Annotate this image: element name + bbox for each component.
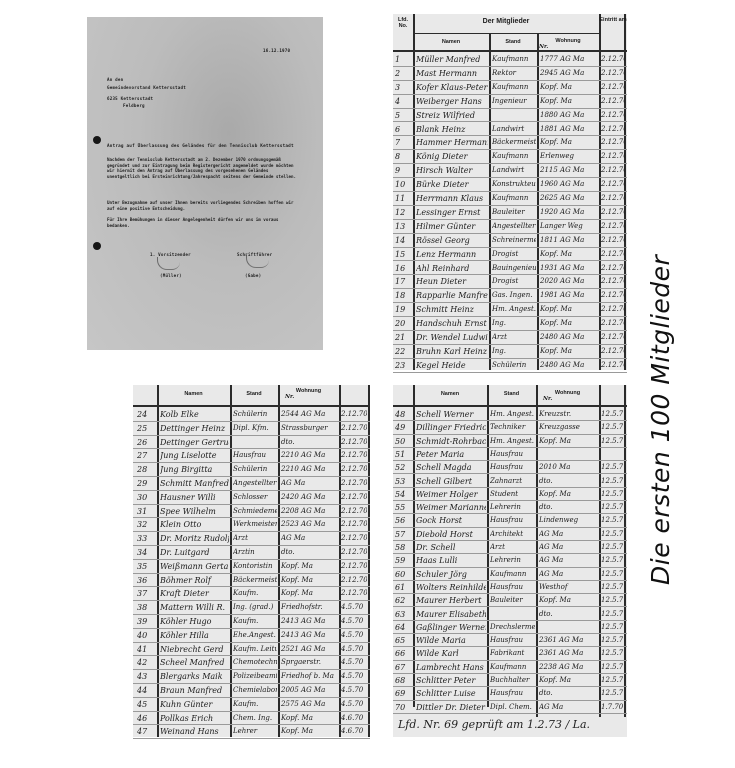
member-no: 30 — [137, 493, 156, 502]
member-date: 4.5.70 — [341, 603, 367, 611]
member-stand: Drechslermeister — [490, 623, 535, 631]
member-wohnung: Kreuzgasse — [539, 423, 598, 431]
member-row: 3Kofer Klaus-PeterKaufmannKopf. Ma2.12.7… — [393, 80, 627, 95]
member-stand: Kaufmann — [492, 194, 536, 202]
member-date: 2.12.70 — [601, 111, 625, 119]
member-row: 27Jung LiselotteHausfrau2210 AG Ma2.12.7… — [133, 448, 370, 463]
letter-recipient-line1: An den — [107, 77, 123, 82]
member-no: 8 — [395, 152, 413, 161]
member-date: 12.5.70 — [601, 610, 623, 618]
column-header-name: Namen — [413, 391, 487, 397]
member-date: 4.6.70 — [341, 727, 367, 735]
member-name: Weißmann Gerta — [160, 562, 229, 571]
member-row: 60Schuler JörgKaufmannAG Ma12.5.70 — [393, 567, 627, 581]
member-list-sheet-3: Namen Stand Wohnung Nr. 48Schell WernerH… — [393, 385, 627, 737]
member-date: 4.5.70 — [341, 631, 367, 639]
member-wohnung: AG Ma — [539, 556, 598, 564]
member-row: 55Weimer MarianneLehrerindto.12.5.70 — [393, 500, 627, 514]
member-name: Hilmer Günter — [416, 222, 488, 231]
member-no: 4 — [395, 97, 413, 106]
member-name: Schell Werner — [416, 410, 486, 419]
member-no: 21 — [395, 333, 413, 342]
member-name: Kofer Klaus-Peter — [416, 83, 488, 92]
member-no: 58 — [395, 543, 413, 552]
member-date: 12.5.70 — [601, 530, 623, 538]
member-stand: Dipl. Kfm. — [233, 424, 277, 432]
member-date: 2.12.70 — [601, 166, 625, 174]
member-date: 2.12.70 — [341, 410, 367, 418]
member-date: 12.5.70 — [601, 596, 623, 604]
member-date: 2.12.70 — [341, 548, 367, 556]
member-date: 12.5.70 — [601, 437, 623, 445]
member-row: 56Gock HorstHausfrauLindenweg12.5.70 — [393, 513, 627, 527]
member-wohnung: Kopf. Ma — [540, 347, 598, 355]
member-stand: Kaufm. — [233, 700, 277, 708]
member-date: 2.12.70 — [341, 438, 367, 446]
member-stand: Hausfrau — [490, 516, 535, 524]
member-row: 68Schlitter PeterBuchhalterKopf. Ma12.5.… — [393, 673, 627, 687]
member-name: Wilde Karl — [416, 649, 486, 658]
member-no: 24 — [137, 410, 156, 419]
member-wohnung: 2480 AG Ma — [540, 361, 598, 369]
member-name: Weimer Marianne — [416, 503, 486, 512]
member-row: 64Gaßlinger WernerDrechslermeister12.5.7… — [393, 620, 627, 634]
member-row: 37Kraft DieterKaufm.Kopf. Ma2.12.70 — [133, 586, 370, 601]
member-stand: Landwirt — [492, 166, 536, 174]
member-wohnung: 2575 AG Ma — [281, 700, 338, 708]
member-row: 66Wilde KarlFabrikant2361 AG Ma12.5.70 — [393, 646, 627, 660]
member-no: 54 — [395, 490, 413, 499]
member-row: 39Köhler HugoKaufm.2413 AG Ma4.5.70 — [133, 614, 370, 629]
member-row: 50Schmidt-RohrbachHm. Angest.Kopf. Ma12.… — [393, 434, 627, 448]
member-name: Blank Heinz — [416, 125, 488, 134]
member-stand: Werkmeister — [233, 520, 277, 528]
member-name: Köhler Hugo — [160, 617, 229, 626]
member-stand: Schülerin — [233, 410, 277, 418]
member-no: 17 — [395, 277, 413, 286]
member-row: 35Weißmann GertaKontoristinKopf. Ma2.12.… — [133, 559, 370, 574]
member-date: 12.5.70 — [601, 649, 623, 657]
member-row: 47Weinand HansLehrerKopf. Ma4.6.70 — [133, 724, 370, 739]
member-date: 4.5.70 — [341, 645, 367, 653]
member-no: 42 — [137, 658, 156, 667]
member-no: 62 — [395, 596, 413, 605]
member-no: 59 — [395, 556, 413, 565]
member-stand: Kaufmann — [490, 570, 535, 578]
member-row: 8König DieterKaufmannErlenweg2.12.70 — [393, 149, 627, 164]
member-date: 12.5.70 — [601, 490, 623, 498]
member-name: Kuhn Günter — [160, 700, 229, 709]
member-wohnung: Kopf. Ma — [281, 562, 338, 570]
member-date: 2.12.70 — [601, 55, 625, 63]
member-date: 2.12.70 — [601, 277, 625, 285]
member-no: 13 — [395, 222, 413, 231]
member-wohnung: 2420 AG Ma — [281, 493, 338, 501]
member-date: 4.5.70 — [341, 672, 367, 680]
member-row: 28Jung BirgittaSchülerin2210 AG Ma2.12.7… — [133, 462, 370, 477]
member-row: 46Pollkas ErichChem. Ing.Kopf. Ma4.6.70 — [133, 711, 370, 726]
member-stand: Drogist — [492, 250, 536, 258]
member-wohnung: 2361 AG Ma — [539, 636, 598, 644]
member-name: Peter Maria — [416, 450, 486, 459]
member-wohnung: Kopf. Ma — [540, 250, 598, 258]
member-stand: Zahnarzt — [490, 477, 535, 485]
member-wohnung: Kopf. Ma — [540, 319, 598, 327]
letter-body-paragraph-3: Für Ihre Bemühungen in dieser Angelegenh… — [107, 217, 297, 228]
member-name: Dr. Schell — [416, 543, 486, 552]
member-stand: Techniker — [490, 423, 535, 431]
member-wohnung: 2413 AG Ma — [281, 631, 338, 639]
member-no: 33 — [137, 534, 156, 543]
member-wohnung: AG Ma — [281, 479, 338, 487]
member-row: 43Blergarks MaikPolizeibeamterFriedhof b… — [133, 669, 370, 684]
member-row: 40Köhler HillaEhe.Angest.2413 AG Ma4.5.7… — [133, 628, 370, 643]
member-wohnung: 1777 AG Ma — [540, 55, 598, 63]
member-no: 10 — [395, 180, 413, 189]
member-row: 45Kuhn GünterKaufm.2575 AG Ma4.5.70 — [133, 697, 370, 712]
member-row: 69Schlitter LuiseHausfraudto.12.5.70 — [393, 686, 627, 700]
member-wohnung: Kopf. Ma — [539, 596, 598, 604]
member-wohnung: 2625 AG Ma — [540, 194, 598, 202]
member-wohnung: dto. — [539, 689, 598, 697]
member-wohnung: 2210 AG Ma — [281, 451, 338, 459]
member-wohnung: Kreuzstr. — [539, 410, 598, 418]
member-stand: Schmiedemeister — [233, 507, 277, 515]
member-row: 63Maurer Elisabethdto.12.5.70 — [393, 607, 627, 621]
member-wohnung: dto. — [281, 548, 338, 556]
member-row: 6Blank HeinzLandwirt1881 AG Ma2.12.70 — [393, 122, 627, 137]
member-no: 41 — [137, 645, 156, 654]
member-date: 2.12.70 — [601, 250, 625, 258]
member-name: Lessinger Ernst — [416, 208, 488, 217]
member-stand: Schülerin — [233, 465, 277, 473]
member-row: 4Weiberger HansIngenieurKopf. Ma2.12.70 — [393, 94, 627, 109]
member-name: Schlitter Peter — [416, 676, 486, 685]
member-name: Weiberger Hans — [416, 97, 488, 106]
member-no: 27 — [137, 451, 156, 460]
member-stand: Hausfrau — [490, 583, 535, 591]
member-date: 2.12.70 — [601, 305, 625, 313]
member-no: 28 — [137, 465, 156, 474]
punch-hole-icon — [93, 242, 101, 250]
member-row: 57Diebold HorstArchitektAG Ma12.5.70 — [393, 527, 627, 541]
member-name: Schmidt-Rohrbach — [416, 437, 486, 446]
member-row: 32Klein OttoWerkmeister2523 AG Ma2.12.70 — [133, 517, 370, 532]
member-row: 62Maurer HerbertBauleiterKopf. Ma12.5.70 — [393, 593, 627, 607]
member-no: 70 — [395, 703, 413, 712]
member-stand: Bäckermeister — [233, 576, 277, 584]
member-no: 52 — [395, 463, 413, 472]
member-name: Herrmann Klaus — [416, 194, 488, 203]
member-stand: Kaufm. — [233, 589, 277, 597]
member-stand: Hausfrau — [490, 636, 535, 644]
column-header-name: Namen — [157, 391, 230, 397]
member-name: Niebrecht Gerd — [160, 645, 229, 654]
member-wohnung: 1931 AG Ma — [540, 264, 598, 272]
column-header-wohnung-note: Nr. — [285, 394, 294, 400]
member-wohnung: dto. — [539, 503, 598, 511]
member-name: Hammer Hermann — [416, 138, 488, 147]
member-date: 2.12.70 — [341, 589, 367, 597]
member-row: 19Schmitt HeinzHm. Angest.Kopf. Ma2.12.7… — [393, 302, 627, 317]
member-no: 32 — [137, 520, 156, 529]
letter-recipient-line3: 6235 Kettersstadt — [107, 96, 153, 101]
member-row: 11Herrmann KlausKaufmann2625 AG Ma2.12.7… — [393, 191, 627, 206]
member-wohnung: 1920 AG Ma — [540, 208, 598, 216]
member-row: 31Spee WilhelmSchmiedemeister2208 AG Ma2… — [133, 504, 370, 519]
member-no: 31 — [137, 507, 156, 516]
member-date: 2.12.70 — [601, 319, 625, 327]
member-date: 12.5.70 — [601, 663, 623, 671]
member-row: 21Dr. Wendel LudwigArzt2480 AG Ma2.12.70 — [393, 330, 627, 345]
member-wohnung: Kopf. Ma — [540, 83, 598, 91]
member-date: 2.12.70 — [341, 562, 367, 570]
member-wohnung: 2020 AG Ma — [540, 277, 598, 285]
member-wohnung: 2945 AG Ma — [540, 69, 598, 77]
member-date: 2.12.70 — [341, 534, 367, 542]
member-no: 49 — [395, 423, 413, 432]
member-wohnung: dto. — [539, 610, 598, 618]
member-stand: Lehrerin — [490, 556, 535, 564]
member-wohnung: Friedhof b. Ma — [281, 672, 338, 680]
member-stand: Arzt — [233, 534, 277, 542]
member-no: 48 — [395, 410, 413, 419]
member-date: 12.5.70 — [601, 477, 623, 485]
list-title: Der Mitglieder — [413, 18, 599, 25]
member-date: 12.5.70 — [601, 623, 623, 631]
member-wohnung: 1880 AG Ma — [540, 111, 598, 119]
member-date: 12.5.70 — [601, 689, 623, 697]
member-row: 1Müller ManfredKaufmann1777 AG Ma2.12.70 — [393, 52, 627, 67]
member-wohnung: Kopf. Ma — [540, 138, 598, 146]
member-stand: Chemotechniker — [233, 658, 277, 666]
member-name: Maurer Elisabeth — [416, 610, 486, 619]
member-row: 61Wolters ReinhildeHausfrauWesthof12.5.7… — [393, 580, 627, 594]
member-stand: Hm. Angest. — [490, 437, 535, 445]
member-date: 2.12.70 — [601, 264, 625, 272]
member-name: Schuler Jörg — [416, 570, 486, 579]
letter-recipient-line4: Feldberg — [123, 103, 145, 108]
member-name: Bruhn Karl Heinz — [416, 347, 488, 356]
member-stand: Kaufmann — [492, 55, 536, 63]
member-name: Jung Liselotte — [160, 451, 229, 460]
member-name: Mast Hermann — [416, 69, 488, 78]
member-date: 12.5.70 — [601, 570, 623, 578]
member-stand: Bauleiter — [492, 208, 536, 216]
member-no: 40 — [137, 631, 156, 640]
member-name: Blergarks Maik — [160, 672, 229, 681]
member-name: Schell Magda — [416, 463, 486, 472]
member-name: Lenz Hermann — [416, 250, 488, 259]
member-stand: Kaufmann — [492, 152, 536, 160]
column-header-no: Lfd. No. — [393, 17, 413, 29]
member-name: Hausner Willi — [160, 493, 229, 502]
column-header-name: Namen — [413, 39, 489, 45]
member-date: 2.12.70 — [601, 138, 625, 146]
member-date: 4.5.70 — [341, 658, 367, 666]
member-name: Haas Lulli — [416, 556, 486, 565]
member-stand: Kaufmann — [492, 83, 536, 91]
member-no: 18 — [395, 291, 413, 300]
member-name: Wilde Maria — [416, 636, 486, 645]
member-row: 52Schell MagdaHausfrau2010 Ma12.5.70 — [393, 460, 627, 474]
member-row: 25Dettinger HeinzDipl. Kfm.Strassburger2… — [133, 421, 370, 436]
member-row: 59Haas LulliLehrerinAG Ma12.5.70 — [393, 553, 627, 567]
member-name: Jung Birgitta — [160, 465, 229, 474]
member-stand: Kaufm. Leitung — [233, 645, 277, 653]
member-stand: Fabrikant — [490, 649, 535, 657]
member-no: 7 — [395, 138, 413, 147]
member-date: 2.12.70 — [341, 507, 367, 515]
member-stand: Architekt — [490, 530, 535, 538]
member-no: 65 — [395, 636, 413, 645]
member-wohnung: Kopf. Ma — [281, 727, 338, 735]
member-no: 51 — [395, 450, 413, 459]
letter-body-paragraph-2: Unter Bezugnahme auf unser Ihnen bereits… — [107, 200, 297, 211]
member-date: 2.12.70 — [601, 222, 625, 230]
member-name: Dr. Wendel Ludwig — [416, 333, 488, 342]
member-no: 60 — [395, 570, 413, 579]
member-name: Dillinger Friedrich — [416, 423, 486, 432]
member-wohnung: AG Ma — [539, 703, 598, 711]
member-stand: Angestellter — [492, 222, 536, 230]
member-stand: Schülerin — [492, 361, 536, 369]
member-no: 11 — [395, 194, 413, 203]
member-no: 14 — [395, 236, 413, 245]
member-name: Bürke Dieter — [416, 180, 488, 189]
member-row: 12Lessinger ErnstBauleiter1920 AG Ma2.12… — [393, 205, 627, 220]
member-name: Rössel Georg — [416, 236, 488, 245]
member-stand: Konstrukteur — [492, 180, 536, 188]
member-row: 15Lenz HermannDrogistKopf. Ma2.12.70 — [393, 247, 627, 262]
member-no: 23 — [395, 361, 413, 370]
member-wohnung: Kopf. Ma — [540, 97, 598, 105]
member-row: 18Rapparlie ManfredGas. Ingen.1981 AG Ma… — [393, 288, 627, 303]
member-name: Kraft Dieter — [160, 589, 229, 598]
member-row: 20Handschuh ErnstIng.Kopf. Ma2.12.70 — [393, 316, 627, 331]
member-stand: Rektor — [492, 69, 536, 77]
member-name: König Dieter — [416, 152, 488, 161]
member-wohnung: AG Ma — [539, 530, 598, 538]
member-date: 2.12.70 — [601, 333, 625, 341]
member-row: 53Schell GilbertZahnarztdto.12.5.70 — [393, 474, 627, 488]
member-no: 68 — [395, 676, 413, 685]
member-stand: Hausfrau — [490, 450, 535, 458]
member-wohnung: 2361 AG Ma — [539, 649, 598, 657]
member-row: 49Dillinger FriedrichTechnikerKreuzgasse… — [393, 420, 627, 434]
member-wohnung: 2523 AG Ma — [281, 520, 338, 528]
member-date: 12.5.70 — [601, 676, 623, 684]
member-date: 2.12.70 — [601, 97, 625, 105]
member-stand: Buchhalter — [490, 676, 535, 684]
member-date: 4.5.70 — [341, 617, 367, 625]
member-date: 2.12.70 — [601, 236, 625, 244]
member-no: 9 — [395, 166, 413, 175]
member-date: 2.12.70 — [601, 69, 625, 77]
member-no: 2 — [395, 69, 413, 78]
member-date: 4.5.70 — [341, 686, 367, 694]
member-date: 2.12.70 — [341, 576, 367, 584]
member-no: 12 — [395, 208, 413, 217]
member-stand: Landwirt — [492, 125, 536, 133]
member-stand: Arzt — [492, 333, 536, 341]
member-date: 2.12.70 — [601, 291, 625, 299]
member-date: 12.5.70 — [601, 410, 623, 418]
member-no: 69 — [395, 689, 413, 698]
member-wohnung: Erlenweg — [540, 152, 598, 160]
member-wohnung: AG Ma — [539, 543, 598, 551]
member-no: 39 — [137, 617, 156, 626]
member-date: 2.12.70 — [601, 347, 625, 355]
member-stand: Hm. Angest. — [490, 410, 535, 418]
column-header-eintritt: Eintritt am — [599, 17, 627, 23]
column-header-wohnung-note: Nr. — [543, 396, 552, 402]
member-wohnung: AG Ma — [539, 570, 598, 578]
member-name: Kolb Elke — [160, 410, 229, 419]
member-no: 67 — [395, 663, 413, 672]
letter-document: 16.12.1970 An den Gemeindevorstand Kette… — [87, 17, 323, 350]
member-stand: Angestellter — [233, 479, 277, 487]
member-stand: Ingenieur — [492, 97, 536, 105]
member-name: Dettinger Gertrud — [160, 438, 229, 447]
member-no: 55 — [395, 503, 413, 512]
member-name: Schmitt Heinz — [416, 305, 488, 314]
member-name: Braun Manfred — [160, 686, 229, 695]
member-date: 2.12.70 — [601, 361, 625, 369]
member-row: 17Heun DieterDrogist2020 AG Ma2.12.70 — [393, 274, 627, 289]
member-wohnung: Kopf. Ma — [281, 576, 338, 584]
member-row: 29Schmitt ManfredAngestellterAG Ma2.12.7… — [133, 476, 370, 491]
member-no: 34 — [137, 548, 156, 557]
member-wohnung: Kopf. Ma — [281, 714, 338, 722]
member-no: 35 — [137, 562, 156, 571]
member-wohnung: 1881 AG Ma — [540, 125, 598, 133]
member-name: Scheel Manfred — [160, 658, 229, 667]
member-stand: Chem. Ing. — [233, 714, 277, 722]
member-date: 2.12.70 — [341, 424, 367, 432]
member-wohnung: AG Ma — [281, 534, 338, 542]
letter-recipient-line2: Gemeindevorstand Kettersstadt — [107, 85, 186, 90]
member-no: 1 — [395, 55, 413, 64]
member-no: 3 — [395, 83, 413, 92]
member-name: Böhmer Rolf — [160, 576, 229, 585]
member-wohnung: 1960 AG Ma — [540, 180, 598, 188]
member-row: 38Mattern Willi R.Ing. (grad.)Friedhofst… — [133, 600, 370, 615]
member-stand: Chemielaborant — [233, 686, 277, 694]
member-date: 12.5.70 — [601, 583, 623, 591]
member-row: 16Ahl ReinhardBauingenieur1931 AG Ma2.12… — [393, 261, 627, 276]
member-date: 12.5.70 — [601, 543, 623, 551]
member-date: 4.6.70 — [341, 714, 367, 722]
member-name: Schmitt Manfred — [160, 479, 229, 488]
member-stand: Hausfrau — [233, 451, 277, 459]
member-wohnung: 2521 AG Ma — [281, 645, 338, 653]
member-no: 44 — [137, 686, 156, 695]
member-row: 22Bruhn Karl HeinzIng.Kopf. Ma2.12.70 — [393, 344, 627, 359]
member-date: 2.12.70 — [601, 125, 625, 133]
member-no: 15 — [395, 250, 413, 259]
member-date: 2.12.70 — [341, 520, 367, 528]
member-name: Köhler Hilla — [160, 631, 229, 640]
member-name: Dettinger Heinz — [160, 424, 229, 433]
member-row: 41Niebrecht GerdKaufm. Leitung2521 AG Ma… — [133, 642, 370, 657]
member-name: Klein Otto — [160, 520, 229, 529]
member-name: Dittler Dr. Dieter — [416, 703, 486, 712]
member-stand: Student — [490, 490, 535, 498]
member-stand: Kontoristin — [233, 562, 277, 570]
member-no: 36 — [137, 576, 156, 585]
member-date: 2.12.70 — [341, 451, 367, 459]
